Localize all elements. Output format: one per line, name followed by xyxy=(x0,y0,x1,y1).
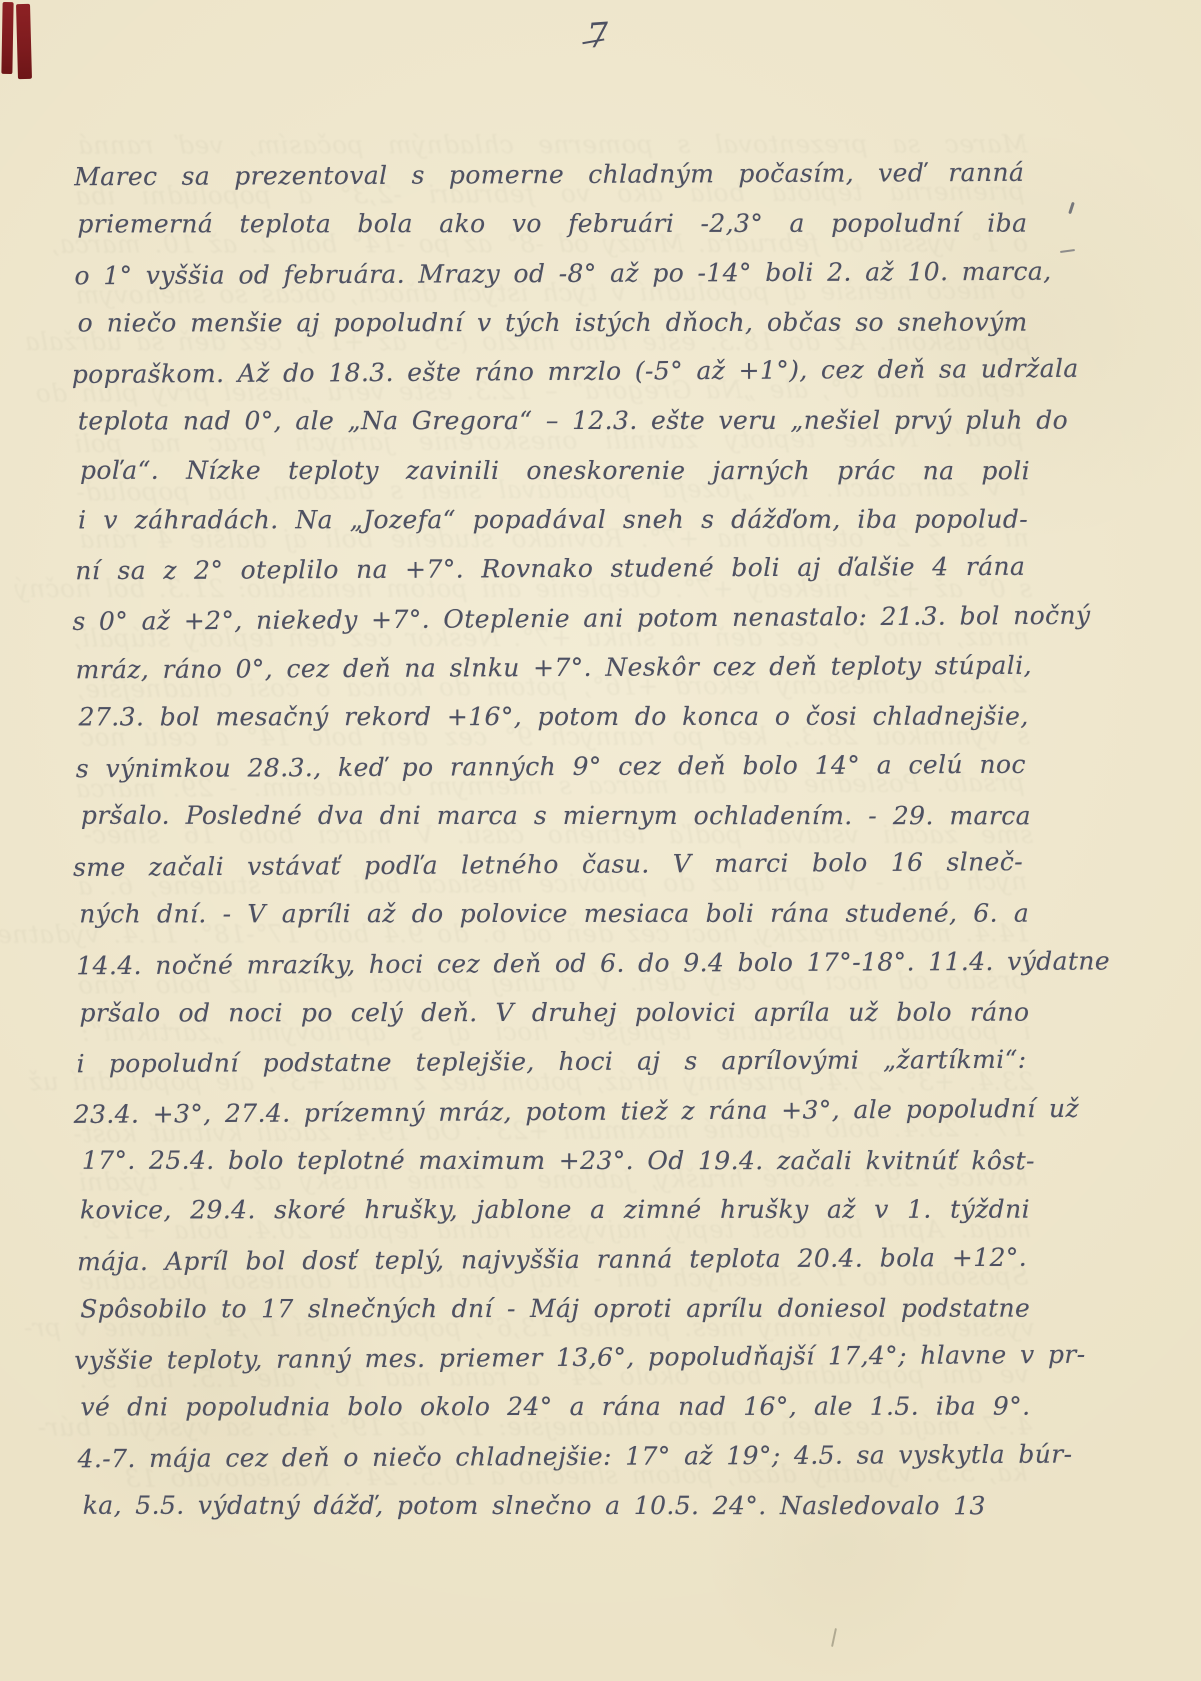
handwritten-line: popraškom. Až do 18.3. ešte ráno mrzlo (… xyxy=(72,344,1022,399)
page-number: 7 xyxy=(567,14,630,58)
handwritten-line: ní sa z 2° oteplilo na +7°. Rovnako stud… xyxy=(75,542,1025,596)
handwritten-line: 17°. 25.4. bolo teplotné maximum +23°. O… xyxy=(82,1136,1032,1186)
handwritten-line: o 1° vyššia od februára. Mrazy od -8° až… xyxy=(74,246,1024,300)
handwritten-line: pršalo od noci po celý deň. V druhej pol… xyxy=(79,988,1029,1038)
handwritten-line: ka, 5.5. výdatný dážď, potom slnečno a 1… xyxy=(83,1481,1033,1531)
handwritten-line: o niečo menšie aj popoludní v tých istýc… xyxy=(78,297,1028,347)
handwritten-line: 4.-7. mája cez deň o niečo chladnejšie: … xyxy=(78,1429,1028,1483)
handwritten-line: teplota nad 0°, ale „Na Gregora“ – 12.3.… xyxy=(78,396,1028,446)
handwritten-line: priemerná teplota bola ako vo februári -… xyxy=(77,199,1027,249)
handwritten-line: Marec sa prezentoval s pomerne chladným … xyxy=(74,148,1024,202)
handwritten-line: mája. Apríl bol dosť teplý, najvyššia ra… xyxy=(77,1232,1027,1286)
handwritten-line: 14.4. nočné mrazíky, hoci cez deň od 6. … xyxy=(76,937,1026,991)
red-edge-mark xyxy=(1,2,13,74)
handwritten-line: ných dní. - V apríli až do polovice mesi… xyxy=(79,889,1029,939)
handwritten-line: vé dni popoludnia bolo okolo 24° a rána … xyxy=(80,1382,1030,1432)
handwritten-line: i v záhradách. Na „Jozefa“ popadával sne… xyxy=(78,495,1028,545)
red-edge-mark xyxy=(16,4,32,79)
stray-ink-mark xyxy=(1068,202,1075,214)
handwritten-line: vyššie teploty, ranný mes. priemer 13,6°… xyxy=(74,1330,1024,1385)
handwritten-line: i popoludní podstatne teplejšie, hoci aj… xyxy=(76,1035,1026,1089)
pencil-mark xyxy=(831,1628,837,1647)
handwritten-line: sme začali vstávať podľa letného času. V… xyxy=(73,837,1023,892)
handwritten-line: 23.4. +3°, 27.4. prízemný mráz, potom ti… xyxy=(74,1084,1024,1139)
journal-page: 7 Marec sa prezentoval s pomerne chladný… xyxy=(0,0,1201,1681)
handwritten-line: poľa“. Nízke teploty zavinili oneskoreni… xyxy=(80,446,1030,496)
handwritten-line: kovice, 29.4. skoré hrušky, jablone a zi… xyxy=(80,1185,1030,1235)
handwritten-line: 27.3. bol mesačný rekord +16°, potom do … xyxy=(79,692,1029,742)
handwritten-text-block: Marec sa prezentoval s pomerne chladným … xyxy=(76,149,1030,1532)
handwritten-line: s 0° až +2°, niekedy +7°. Oteplenie ani … xyxy=(72,591,1022,646)
handwritten-line: Spôsobilo to 17 slnečných dní - Máj opro… xyxy=(80,1283,1030,1333)
handwritten-line: pršalo. Posledné dva dni marca s miernym… xyxy=(81,791,1031,841)
handwritten-line: s výnimkou 28.3., keď po ranných 9° cez … xyxy=(76,739,1026,793)
stray-ink-mark xyxy=(1060,249,1075,253)
handwritten-line: mráz, ráno 0°, cez deň na slnku +7°. Nes… xyxy=(75,641,1025,695)
